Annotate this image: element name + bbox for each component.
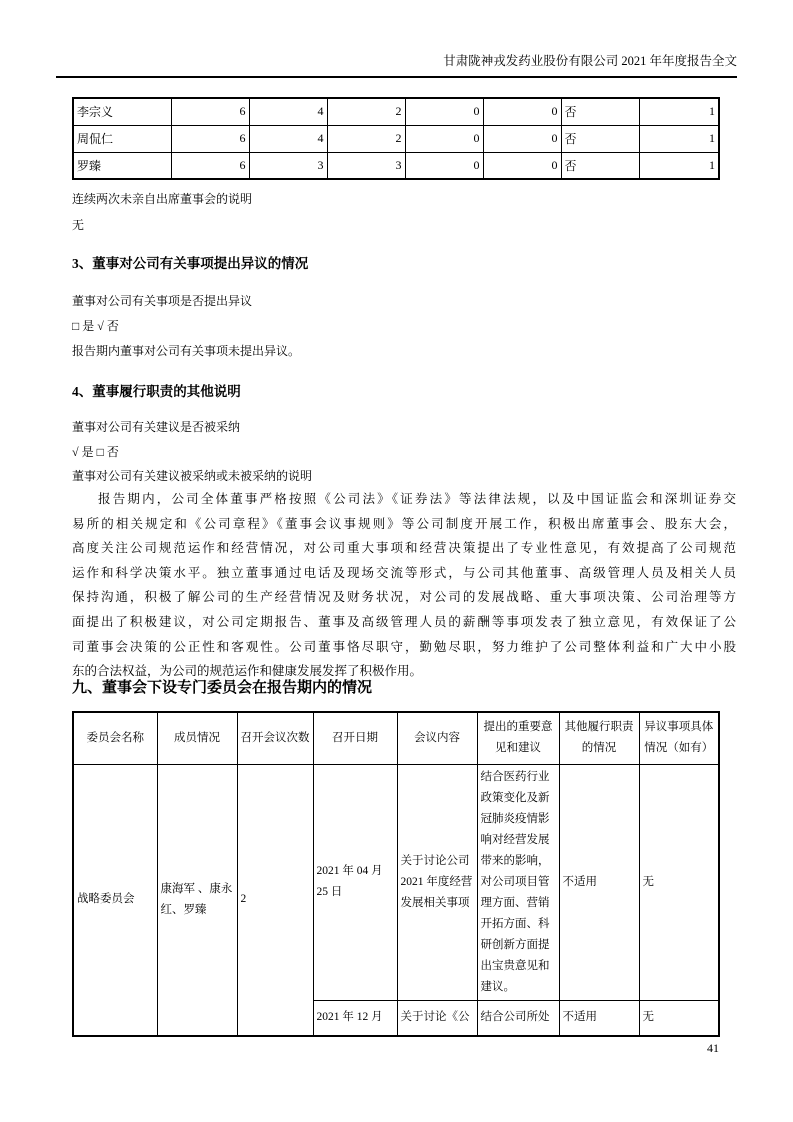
column-header: 成员情况 (157, 712, 237, 764)
page-number: 41 (707, 1041, 719, 1056)
attendance-cell: 否 (561, 125, 639, 152)
director-name-cell: 周侃仁 (73, 125, 171, 152)
other-duties-cell: 不适用 (559, 764, 639, 1000)
dissent-cell: 无 (639, 1000, 719, 1036)
document-header: 甘肃陇神戎发药业股份有限公司 2021 年年度报告全文 (56, 51, 737, 78)
section3-checkbox-line: □ 是 √ 否 (72, 317, 119, 334)
meeting-count-cell: 2 (237, 764, 313, 1036)
committee-meeting-row: 战略委员会 康海军 、康永红、罗臻 2 2021 年 04 月 25 日 关于讨… (73, 764, 719, 1000)
opinions-cell: 结合医药行业政策变化及新冠肺炎疫情影响对经营发展带来的影响，对公司项目管理方面、… (477, 764, 559, 1000)
column-header: 会议内容 (397, 712, 477, 764)
paragraph-line: 面提出了积极建议，对公司定期报告、董事及高级管理人员的薪酬等事项发表了独立意见，… (72, 610, 736, 635)
committee-table-header-row: 委员会名称 成员情况 召开会议次数 召开日期 会议内容 提出的重要意见和建议 其… (73, 712, 719, 764)
paragraph-line: 易所的相关规定和《公司章程》《董事会议事规则》等公司制度开展工作，积极出席董事会… (72, 512, 736, 537)
attendance-cell: 0 (483, 98, 561, 125)
attendance-cell: 1 (639, 98, 719, 125)
report-page: 甘肃陇神戎发药业股份有限公司 2021 年年度报告全文 李宗义 6 4 2 0 … (0, 0, 793, 1122)
section4-heading: 4、董事履行职责的其他说明 (72, 380, 241, 400)
attendance-cell: 0 (483, 125, 561, 152)
section3-heading: 3、董事对公司有关事项提出异议的情况 (72, 252, 308, 272)
column-header: 异议事项具体情况（如有） (639, 712, 719, 764)
section4-checkbox-line: √ 是 □ 否 (72, 443, 119, 460)
attendance-cell: 3 (249, 152, 327, 179)
paragraph-line: 司董事会决策的公正性和客观性。公司董事恪尽职守，勤勉尽职，努力维护了公司整体利益… (72, 635, 736, 660)
attendance-cell: 否 (561, 98, 639, 125)
paragraph-line: 运作和科学决策水平。独立董事通过电话及现场交流等形式，与公司其他董事、高级管理人… (72, 561, 736, 586)
meeting-content-cell: 关于讨论《公 (397, 1000, 477, 1036)
other-duties-cell: 不适用 (559, 1000, 639, 1036)
attendance-cell: 6 (171, 152, 249, 179)
attendance-table: 李宗义 6 4 2 0 0 否 1 周侃仁 6 4 2 0 0 否 1 罗臻 (72, 97, 720, 180)
section4-question: 董事对公司有关建议是否被采纳 (72, 418, 240, 435)
attendance-cell: 3 (327, 152, 405, 179)
attendance-cell: 1 (639, 152, 719, 179)
section9-heading: 九、董事会下设专门委员会在报告期内的情况 (72, 676, 372, 697)
paragraph-line: 保持沟通，积极了解公司的生产经营情况及财务状况，对公司的发展战略、重大事项决策、… (72, 585, 736, 610)
column-header: 委员会名称 (73, 712, 157, 764)
duty-performance-paragraph: 报告期内，公司全体董事严格按照《公司法》《证券法》等法律法规，以及中国证监会和深… (72, 487, 736, 684)
attendance-cell: 2 (327, 125, 405, 152)
attendance-cell: 4 (249, 98, 327, 125)
attendance-cell: 否 (561, 152, 639, 179)
opinions-cell: 结合公司所处 (477, 1000, 559, 1036)
table-row: 罗臻 6 3 3 0 0 否 1 (73, 152, 719, 179)
column-header: 其他履行职责的情况 (559, 712, 639, 764)
section3-question: 董事对公司有关事项是否提出异议 (72, 292, 252, 309)
column-header: 召开日期 (313, 712, 397, 764)
meeting-date-cell: 2021 年 04 月 25 日 (313, 764, 397, 1000)
attendance-cell: 0 (405, 125, 483, 152)
director-name-cell: 罗臻 (73, 152, 171, 179)
dissent-cell: 无 (639, 764, 719, 1000)
attendance-cell: 0 (405, 98, 483, 125)
paragraph-line: 报告期内，公司全体董事严格按照《公司法》《证券法》等法律法规，以及中国证监会和深… (72, 487, 736, 512)
column-header: 召开会议次数 (237, 712, 313, 764)
table-row: 周侃仁 6 4 2 0 0 否 1 (73, 125, 719, 152)
section4-statement-label: 董事对公司有关建议被采纳或未被采纳的说明 (72, 467, 312, 484)
attendance-cell: 0 (483, 152, 561, 179)
attendance-cell: 6 (171, 98, 249, 125)
section3-statement: 报告期内董事对公司有关事项未提出异议。 (72, 342, 300, 359)
attendance-cell: 1 (639, 125, 719, 152)
meeting-content-cell: 关于讨论公司 2021 年度经营发展相关事项 (397, 764, 477, 1000)
attendance-cell: 4 (249, 125, 327, 152)
paragraph-line: 高度关注公司规范运作和经营情况，对公司重大事项和经营决策提出了专业性意见，有效提… (72, 536, 736, 561)
attendance-cell: 2 (327, 98, 405, 125)
column-header: 提出的重要意见和建议 (477, 712, 559, 764)
absence-note-label: 连续两次未亲自出席董事会的说明 (72, 190, 252, 207)
committee-table: 委员会名称 成员情况 召开会议次数 召开日期 会议内容 提出的重要意见和建议 其… (72, 711, 720, 1037)
table-row: 李宗义 6 4 2 0 0 否 1 (73, 98, 719, 125)
meeting-date-cell: 2021 年 12 月 (313, 1000, 397, 1036)
members-cell: 康海军 、康永红、罗臻 (157, 764, 237, 1036)
absence-note-value: 无 (72, 216, 84, 233)
header-title: 甘肃陇神戎发药业股份有限公司 2021 年年度报告全文 (443, 54, 737, 68)
attendance-cell: 6 (171, 125, 249, 152)
committee-name-cell: 战略委员会 (73, 764, 157, 1036)
director-name-cell: 李宗义 (73, 98, 171, 125)
attendance-cell: 0 (405, 152, 483, 179)
